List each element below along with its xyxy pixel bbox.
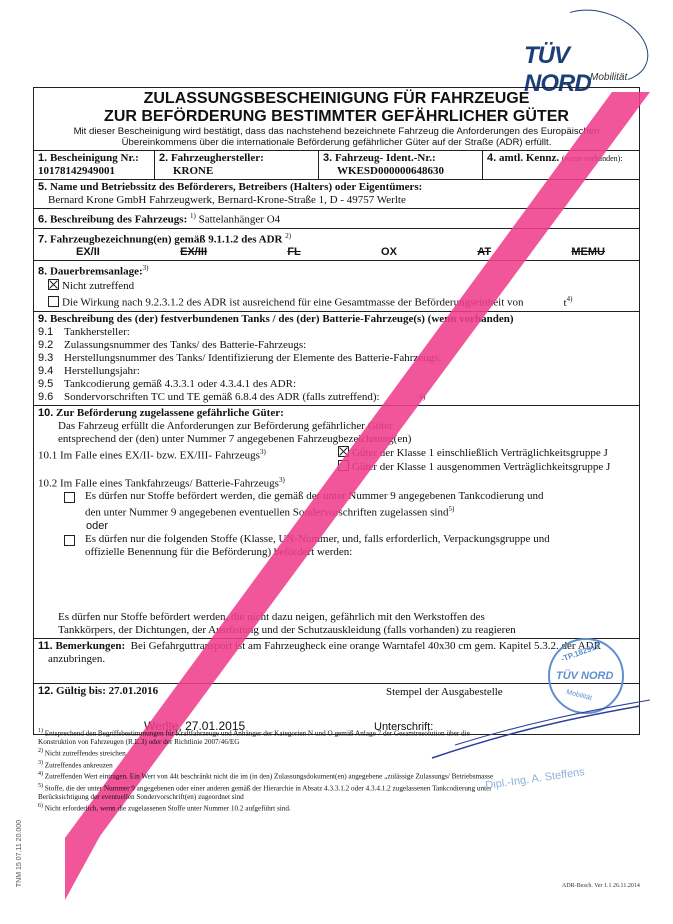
operator-value: Bernard Krone GmbH Fahrzeugwerk, Bernard… [38, 194, 406, 206]
designation-at: AT [477, 246, 491, 259]
form-version: ADR-Besch. Ver 1.1 26.11.2014 [562, 883, 640, 889]
title-line-2: ZUR BEFÖRDERUNG BESTIMMTER GEFÄHRLICHER … [38, 108, 635, 126]
official-stamp: -TP.182910 TÜV NORD Mobilität [548, 638, 624, 714]
certificate-form: ZULASSUNGSBESCHEINIGUNG FÜR FAHRZEUGE ZU… [33, 87, 640, 735]
intro-line-2: Übereinkommens über die internationale B… [38, 137, 635, 148]
tank-item: 9.1Tankhersteller: [38, 326, 635, 339]
footnote: 5) Stoffe, die der unter Nummer 9 angege… [34, 782, 504, 802]
field-certificate-number: 1. Bescheinigung Nr.: 10178142949001 [34, 151, 155, 179]
designation-ox: OX [381, 246, 397, 259]
checkbox[interactable] [338, 446, 349, 457]
valid-until-value: 27.01.2016 [109, 685, 159, 697]
field-retarder: 8. Dauerbremsanlage:3) Nicht zutreffend … [34, 260, 639, 310]
checkbox[interactable] [64, 535, 75, 546]
substances-list-area [38, 559, 635, 611]
fields-1-4: 1. Bescheinigung Nr.: 10178142949001 2. … [34, 150, 639, 179]
designation-fl: FL [287, 246, 300, 259]
footnote: 2) Nicht zutreffendes streichen [34, 747, 504, 758]
tank-item: 9.4Herstellungsjahr: [38, 365, 635, 378]
side-print-code: TNM 15 07.11 20.000 [16, 820, 23, 887]
certificate-header: ZULASSUNGSBESCHEINIGUNG FÜR FAHRZEUGE ZU… [34, 88, 639, 150]
field-manufacturer: 2. Fahrzeughersteller: KRONE [155, 151, 319, 179]
retarder-option-2[interactable]: Die Wirkung nach 9.2.3.1.2 des ADR ist a… [38, 293, 635, 310]
certificate-number-value: 10178142949001 [38, 165, 115, 177]
tank-item: 9.2Zulassungsnummer des Tanks/ des Batte… [38, 339, 635, 352]
vehicle-description-value: Sattelanhänger O4 [199, 214, 281, 226]
retarder-option-1[interactable]: Nicht zutreffend [38, 279, 635, 293]
section-10-1: 10.1 Im Falle eines EX/II- bzw. EX/III- … [38, 446, 635, 474]
checkbox[interactable] [48, 296, 59, 307]
footnote: 3) Zutreffendes ankreuzen [34, 759, 504, 770]
field-operator: 5. Name und Betriebssitz des Beförderers… [34, 179, 639, 208]
checkbox[interactable] [338, 460, 349, 471]
field-vin: 3. Fahrzeug- Ident.-Nr.: WKESD0000006486… [319, 151, 483, 179]
tank-code-option[interactable]: Es dürfen nur Stoffe befördert werden, d… [38, 490, 635, 520]
field-tanks: 9. Beschreibung des (der) festverbundene… [34, 311, 639, 405]
class1-incl-j-option[interactable]: Güter der Klasse 1 einschließlich Verträ… [338, 446, 610, 460]
field-permitted-goods: 10. Zur Beförderung zugelassene gefährli… [34, 405, 639, 638]
field-designations: 7. Fahrzeugbezeichnung(en) gemäß 9.1.1.2… [34, 228, 639, 261]
footnotes: 1) Entsprechend den Begriffsbestimmungen… [34, 727, 504, 813]
manufacturer-value: KRONE [159, 165, 213, 177]
designation-list: EX/IIEX/IIIFLOXATMEMU [38, 246, 635, 259]
footnote: 4) Zutreffenden Wert eintragen. Ein Wert… [34, 770, 504, 781]
tuv-nord-logo: TÜV NORD Mobilität [500, 14, 640, 84]
checkbox[interactable] [64, 492, 75, 503]
tank-item: 9.6Sondervorschriften TC und TE gemäß 6.… [38, 391, 635, 404]
vin-value: WKESD000000648630 [323, 165, 444, 177]
tank-items: 9.1Tankhersteller:9.2Zulassungsnummer de… [38, 326, 635, 404]
intro-line-1: Mit dieser Bescheinigung wird bestätigt,… [38, 126, 635, 137]
tank-item: 9.3Herstellungsnummer des Tanks/ Identif… [38, 352, 635, 365]
listed-substances-option[interactable]: Es dürfen nur die folgenden Stoffe (Klas… [38, 533, 635, 559]
checkbox[interactable] [48, 279, 59, 290]
tank-item: 9.5Tankcodierung gemäß 4.3.3.1 oder 4.3.… [38, 378, 635, 391]
designation-ex-ii: EX/II [76, 246, 100, 259]
title-line-1: ZULASSUNGSBESCHEINIGUNG FÜR FAHRZEUGE [38, 90, 635, 108]
logo-subtitle: Mobilität [590, 72, 627, 83]
designation-memu: MEMU [571, 246, 605, 259]
footnote: 1) Entsprechend den Begriffsbestimmungen… [34, 727, 504, 747]
designation-ex-iii: EX/III [180, 246, 207, 259]
class1-excl-j-option[interactable]: Güter der Klasse 1 ausgenommen Verträgli… [338, 460, 610, 474]
footnote: 6) Nicht erforderlich, wenn die zugelass… [34, 802, 504, 813]
field-vehicle-description: 6. Beschreibung des Fahrzeugs: 1) Sattel… [34, 208, 639, 228]
field-registration: 4. amtl. Kennz. (wenn vorhanden): [483, 151, 639, 179]
